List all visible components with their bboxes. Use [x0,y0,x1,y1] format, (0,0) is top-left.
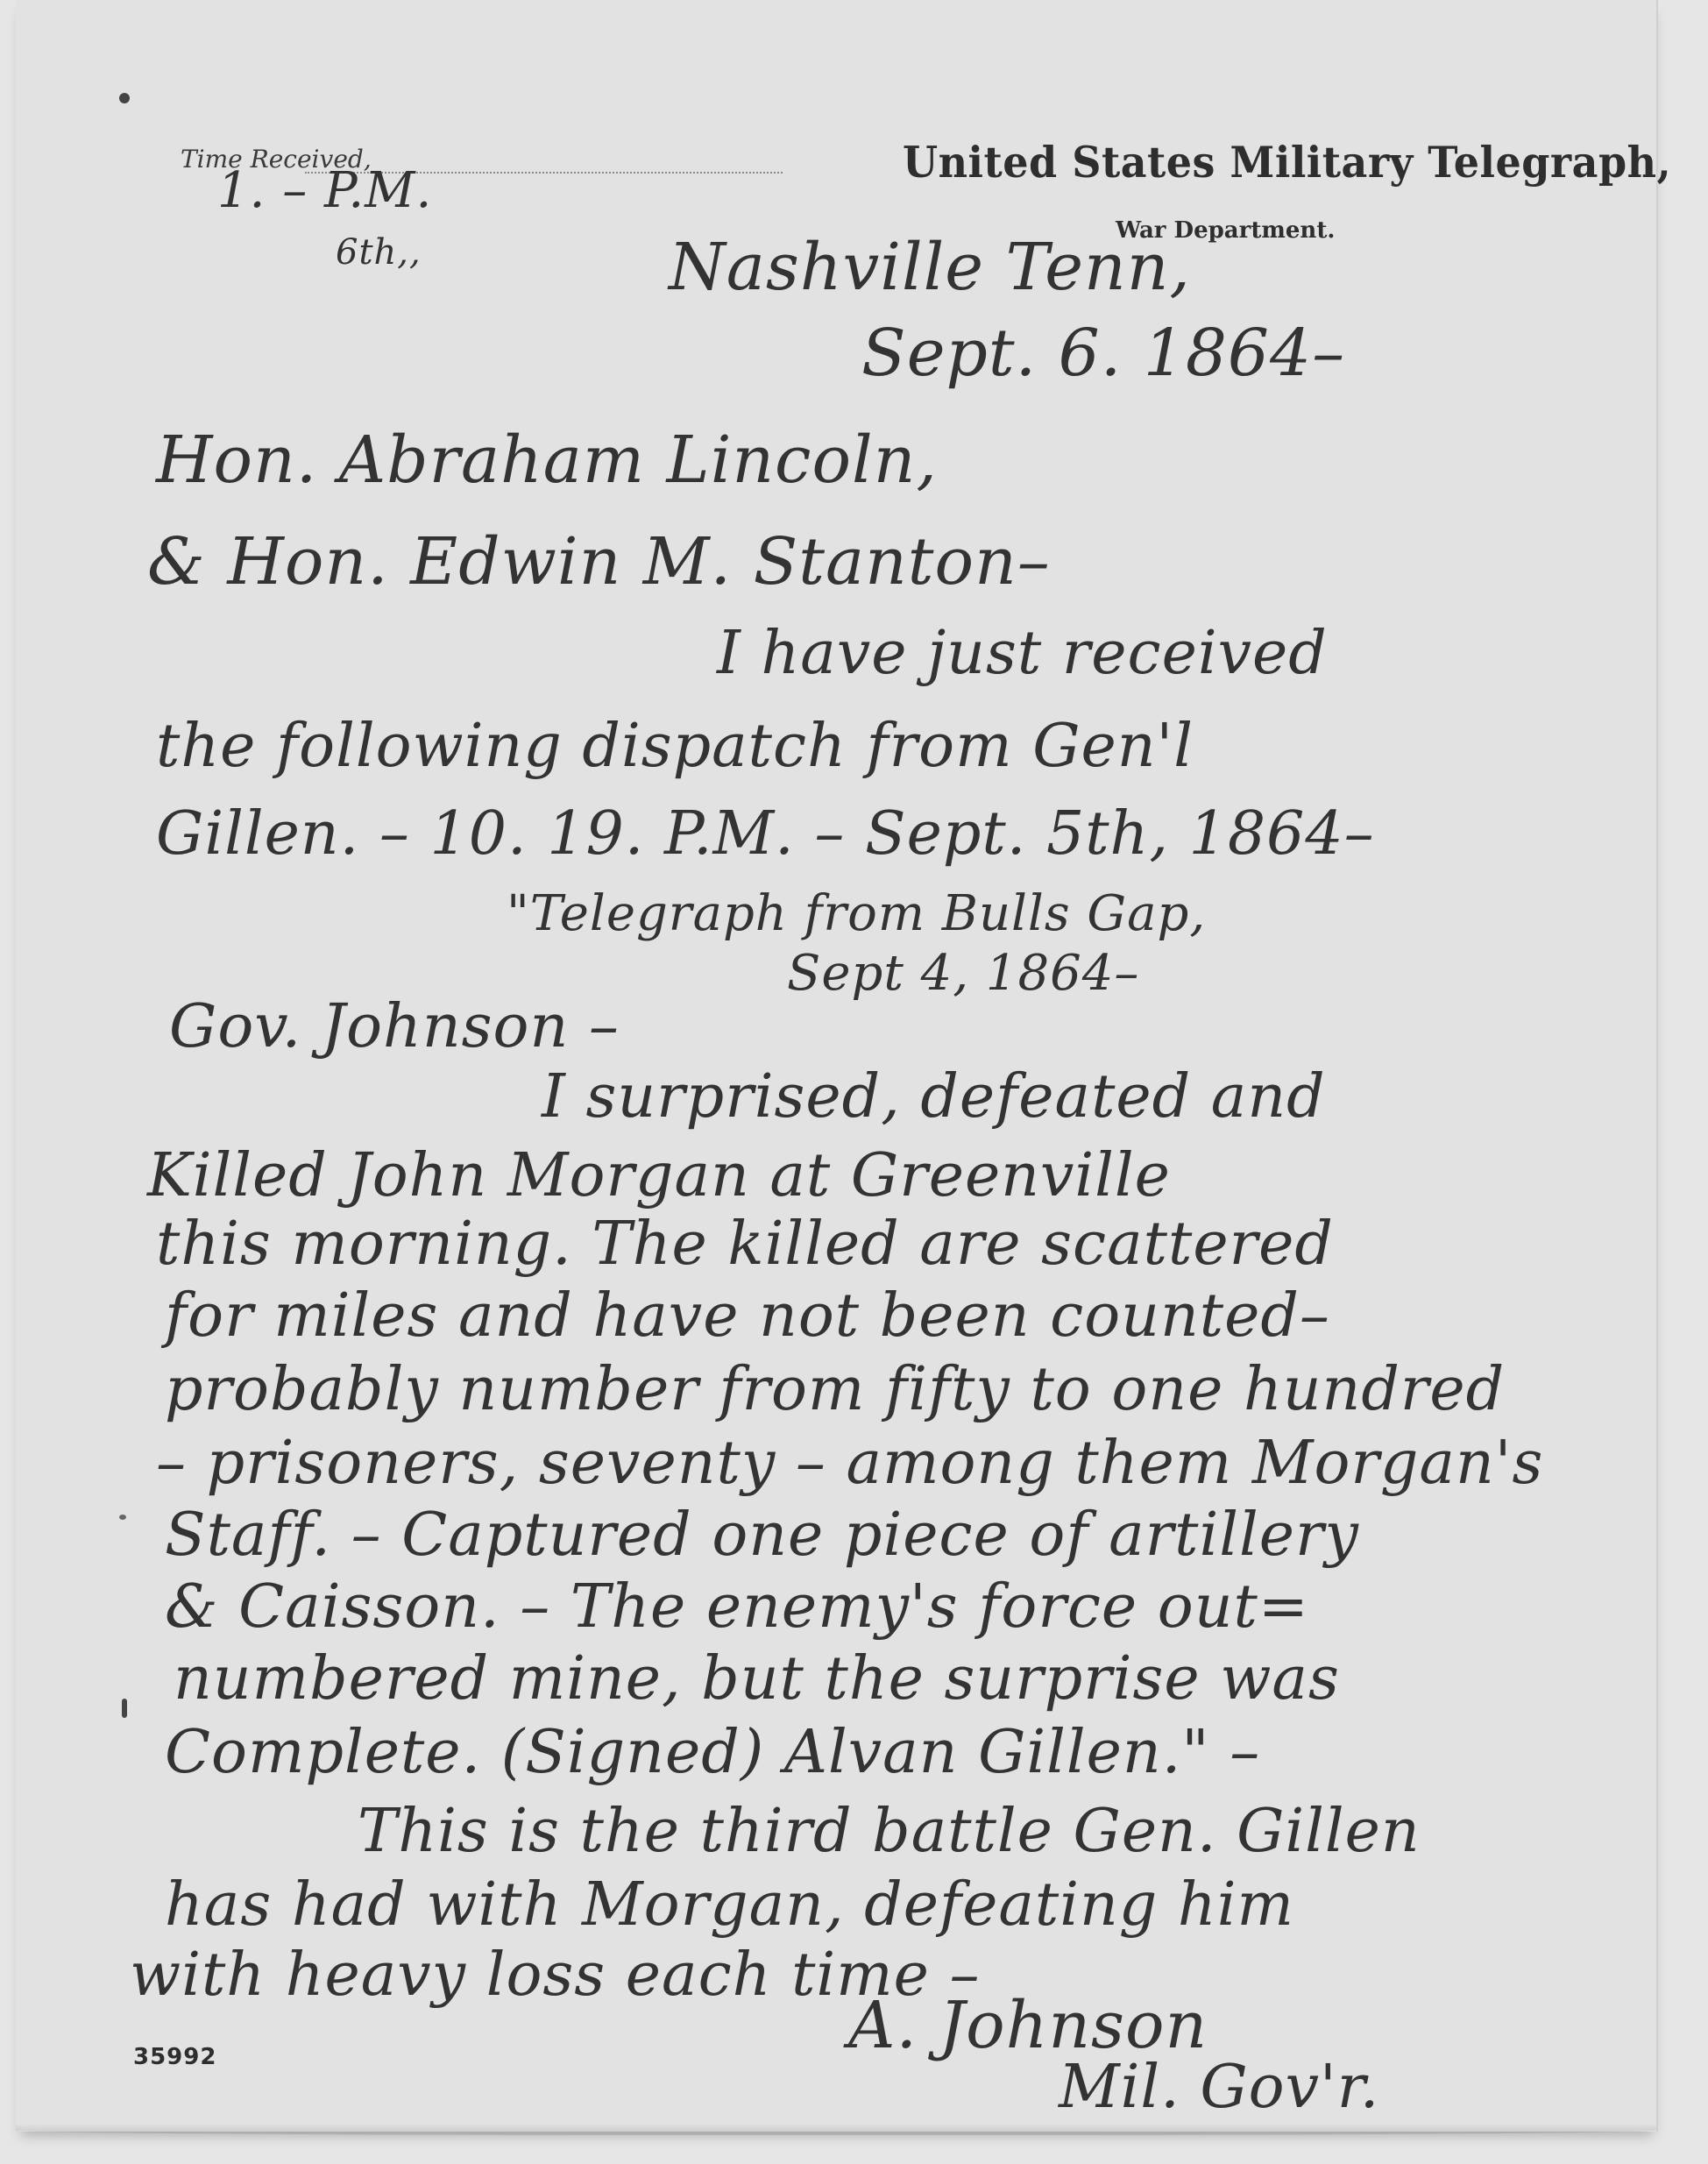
addressee-lincoln: Hon. Abraham Lincoln, [156,422,938,498]
margin-mark [119,1515,126,1520]
margin-mark [119,93,130,103]
date: Sept. 6. 1864– [861,316,1345,391]
body-line: I surprised, defeated and [542,1062,1326,1132]
margin-mark [122,1699,127,1718]
body-line: numbered mine, but the surprise was [174,1644,1340,1713]
body-line: probably number from fifty to one hundre… [165,1355,1505,1424]
body-line: Gov. Johnson – [169,992,620,1061]
body-line: Sept 4, 1864– [787,945,1139,1002]
addressee-stanton: & Hon. Edwin M. Stanton– [147,524,1051,600]
body-line: this morning. The killed are scattered [156,1210,1334,1279]
telegram-page: Time Received, United States Military Te… [16,0,1658,2132]
place: Nashville Tenn, [669,230,1191,305]
body-line: the following dispatch from Gen'l [156,712,1194,781]
body-line: – prisoners, seventy – among them Morgan… [156,1429,1543,1498]
time-received-day: 6th,, [336,232,422,273]
body-line: has had with Morgan, defeating him [165,1870,1294,1940]
body-line: Killed John Morgan at Greenville [147,1141,1171,1210]
form-number: 35992 [133,2044,216,2070]
body-line: I have just received [717,619,1328,688]
letterhead-title: United States Military Telegraph, [903,138,1671,188]
signature-title: Mil. Gov'r. [1059,2053,1379,2122]
body-line: Complete. (Signed) Alvan Gillen." – [165,1718,1260,1787]
body-line: This is the third battle Gen. Gillen [358,1797,1421,1866]
body-line: for miles and have not been counted– [165,1281,1330,1351]
body-line: Staff. – Captured one piece of artillery [165,1501,1359,1570]
body-line: Gillen. – 10. 19. P.M. – Sept. 5th, 1864… [156,799,1375,869]
body-line: "Telegraph from Bulls Gap, [507,885,1206,942]
time-received-value: 1. – P.M. [217,162,432,219]
body-line: & Caisson. – The enemy's force out= [165,1572,1309,1642]
